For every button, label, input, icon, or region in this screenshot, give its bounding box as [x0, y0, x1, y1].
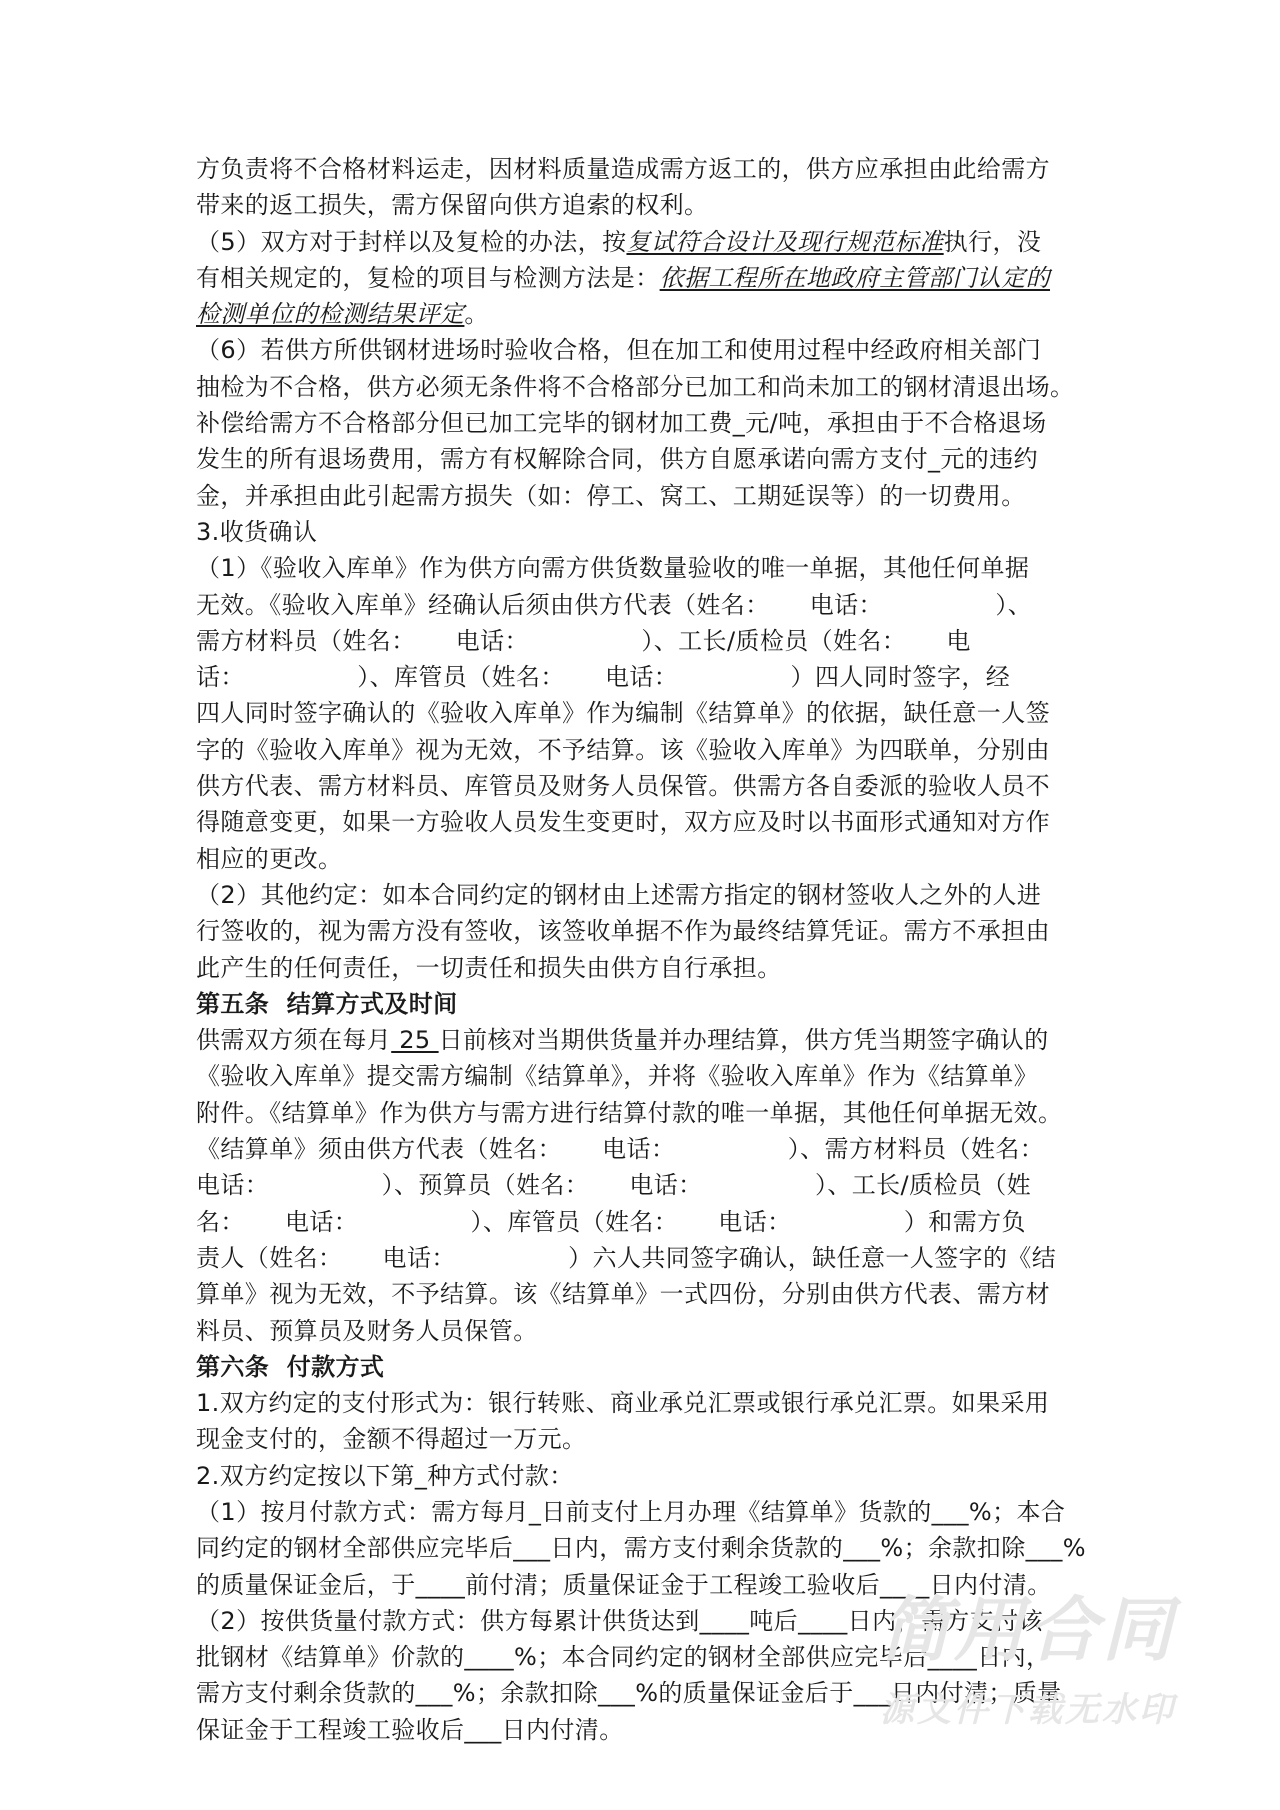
- text-segment: 第六条 付款方式: [196, 1353, 384, 1381]
- document-line: 相应的更改。: [196, 841, 1086, 877]
- text-segment: 金，并承担由此引起需方损失（如：停工、窝工、工期延误等）的一切费用。: [196, 482, 1026, 510]
- document-line: 供方代表、需方材料员、库管员及财务人员保管。供需方各自委派的验收人员不: [196, 768, 1086, 804]
- document-line: （2）按供货量付款方式：供方每累计供货达到____吨后____日内，需方支付该: [196, 1603, 1086, 1639]
- text-segment: 《验收入库单》提交需方编制《结算单》，并将《验收入库单》作为《结算单》: [196, 1062, 1038, 1090]
- text-segment: 。: [464, 300, 488, 328]
- document-line: 检测单位的检测结果评定。: [196, 296, 1086, 332]
- text-segment: 供方代表、需方材料员、库管员及财务人员保管。供需方各自委派的验收人员不: [196, 772, 1050, 800]
- text-segment: 算单》视为无效，不予结算。该《结算单》一式四份，分别由供方代表、需方材: [196, 1280, 1050, 1308]
- document-line: 保证金于工程竣工验收后___日内付清。: [196, 1712, 1086, 1748]
- text-segment: 补偿给需方不合格部分但已加工完毕的钢材加工费_元/吨，承担由于不合格退场: [196, 409, 1046, 437]
- document-line: 金，并承担由此引起需方损失（如：停工、窝工、工期延误等）的一切费用。: [196, 478, 1086, 514]
- document-line: 方负责将不合格材料运走，因材料质量造成需方返工的，供方应承担由此给需方: [196, 151, 1086, 187]
- text-segment: （1）按月付款方式：需方每月_日前支付上月办理《结算单》货款的___%；本合: [196, 1498, 1065, 1526]
- document-line: 《验收入库单》提交需方编制《结算单》，并将《验收入库单》作为《结算单》: [196, 1058, 1086, 1094]
- document-line: （1）《验收入库单》作为供方向需方供货数量验收的唯一单据，其他任何单据: [196, 550, 1086, 586]
- text-segment: 同约定的钢材全部供应完毕后___日内，需方支付剩余货款的___%；余款扣除___…: [196, 1534, 1086, 1562]
- text-segment: （6）若供方所供钢材进场时验收合格，但在加工和使用过程中经政府相关部门: [196, 336, 1041, 364]
- document-line: 此产生的任何责任，一切责任和损失由供方自行承担。: [196, 950, 1086, 986]
- text-segment: 附件。《结算单》作为供方与需方进行结算付款的唯一单据，其他任何单据无效。: [196, 1099, 1062, 1127]
- text-segment: 相应的更改。: [196, 845, 342, 873]
- text-segment: 得随意变更，如果一方验收人员发生变更时，双方应及时以书面形式通知对方作: [196, 808, 1050, 836]
- text-segment: （2）按供货量付款方式：供方每累计供货达到____吨后____日内，需方支付该: [196, 1607, 1043, 1635]
- document-line: 名： 电话： ）、库管员（姓名： 电话： ）和需方负: [196, 1204, 1086, 1240]
- document-line: 现金支付的，金额不得超过一万元。: [196, 1421, 1086, 1457]
- section-heading: 第五条 结算方式及时间: [196, 986, 1086, 1022]
- document-line: 行签收的，视为需方没有签收，该签收单据不作为最终结算凭证。需方不承担由: [196, 913, 1086, 949]
- document-line: 供需双方须在每月 25 日前核对当期供货量并办理结算，供方凭当期签字确认的: [196, 1022, 1086, 1058]
- document-line: 话： ）、库管员（姓名： 电话： ）四人同时签字，经: [196, 659, 1086, 695]
- section-heading: 第六条 付款方式: [196, 1349, 1086, 1385]
- text-segment: 2.双方约定按以下第_种方式付款：: [196, 1462, 574, 1490]
- underlined-italic-text: 依据工程所在地政府主管部门认定的: [660, 264, 1050, 292]
- text-segment: 字的《验收入库单》视为无效，不予结算。该《验收入库单》为四联单，分别由: [196, 736, 1050, 764]
- document-line: 无效。《验收入库单》经确认后须由供方代表（姓名： 电话： ）、: [196, 587, 1086, 623]
- document-line: 电话： ）、预算员（姓名： 电话： ）、工长/质检员（姓: [196, 1167, 1086, 1203]
- text-segment: 带来的返工损失，需方保留向供方追索的权利。: [196, 191, 708, 219]
- document-line: 的质量保证金后，于____前付清；质量保证金于工程竣工验收后____日内付清。: [196, 1567, 1086, 1603]
- document-line: 有相关规定的，复检的项目与检测方法是：依据工程所在地政府主管部门认定的: [196, 260, 1086, 296]
- text-segment: 供需双方须在每月: [196, 1026, 391, 1054]
- document-page: 方负责将不合格材料运走，因材料质量造成需方返工的，供方应承担由此给需方带来的返工…: [0, 0, 1280, 1810]
- document-line: 补偿给需方不合格部分但已加工完毕的钢材加工费_元/吨，承担由于不合格退场: [196, 405, 1086, 441]
- document-line: 3.收货确认: [196, 514, 1086, 550]
- document-line: 需方材料员（姓名： 电话： ）、工长/质检员（姓名： 电: [196, 623, 1086, 659]
- text-segment: 有相关规定的，复检的项目与检测方法是：: [196, 264, 660, 292]
- document-line: 需方支付剩余货款的___%；余款扣除___%的质量保证金后于___日内付清；质量: [196, 1675, 1086, 1711]
- text-segment: 话： ）、库管员（姓名： 电话： ）四人同时签字，经: [196, 663, 1010, 691]
- text-segment: 第五条 结算方式及时间: [196, 990, 458, 1018]
- text-segment: 行签收的，视为需方没有签收，该签收单据不作为最终结算凭证。需方不承担由: [196, 917, 1050, 945]
- text-segment: 无效。《验收入库单》经确认后须由供方代表（姓名： 电话： ）、: [196, 591, 1032, 619]
- text-segment: 电话： ）、预算员（姓名： 电话： ）、工长/质检员（姓: [196, 1171, 1031, 1199]
- document-line: 1.双方约定的支付形式为：银行转账、商业承兑汇票或银行承兑汇票。如果采用: [196, 1385, 1086, 1421]
- document-line: 四人同时签字确认的《验收入库单》作为编制《结算单》的依据，缺任意一人签: [196, 695, 1086, 731]
- document-body: 方负责将不合格材料运走，因材料质量造成需方返工的，供方应承担由此给需方带来的返工…: [196, 151, 1086, 1748]
- document-line: 附件。《结算单》作为供方与需方进行结算付款的唯一单据，其他任何单据无效。: [196, 1095, 1086, 1131]
- text-segment: 料员、预算员及财务人员保管。: [196, 1317, 538, 1345]
- text-segment: 方负责将不合格材料运走，因材料质量造成需方返工的，供方应承担由此给需方: [196, 155, 1050, 183]
- document-line: 《结算单》须由供方代表（姓名： 电话： ）、需方材料员（姓名：: [196, 1131, 1086, 1167]
- text-segment: 需方材料员（姓名： 电话： ）、工长/质检员（姓名： 电: [196, 627, 971, 655]
- text-segment: 1.双方约定的支付形式为：银行转账、商业承兑汇票或银行承兑汇票。如果采用: [196, 1389, 1049, 1417]
- document-line: 带来的返工损失，需方保留向供方追索的权利。: [196, 187, 1086, 223]
- document-line: 责人（姓名： 电话： ）六人共同签字确认，缺任意一人签字的《结: [196, 1240, 1086, 1276]
- document-line: 料员、预算员及财务人员保管。: [196, 1313, 1086, 1349]
- text-segment: （5）双方对于封样以及复检的办法，按: [196, 228, 626, 256]
- document-line: 抽检为不合格，供方必须无条件将不合格部分已加工和尚未加工的钢材清退出场。: [196, 369, 1086, 405]
- document-line: 批钢材《结算单》价款的____%；本合同约定的钢材全部供应完毕后____日内，: [196, 1639, 1086, 1675]
- underlined-italic-text: 复试符合设计及现行规范标准: [626, 228, 943, 256]
- text-segment: 责人（姓名： 电话： ）六人共同签字确认，缺任意一人签字的《结: [196, 1244, 1056, 1272]
- text-segment: 《结算单》须由供方代表（姓名： 电话： ）、需方材料员（姓名：: [196, 1135, 1044, 1163]
- text-segment: 保证金于工程竣工验收后___日内付清。: [196, 1716, 624, 1744]
- text-segment: （1）《验收入库单》作为供方向需方供货数量验收的唯一单据，其他任何单据: [196, 554, 1029, 582]
- text-segment: 抽检为不合格，供方必须无条件将不合格部分已加工和尚未加工的钢材清退出场。: [196, 373, 1074, 401]
- text-segment: 需方支付剩余货款的___%；余款扣除___%的质量保证金后于___日内付清；质量: [196, 1679, 1062, 1707]
- text-segment: 此产生的任何责任，一切责任和损失由供方自行承担。: [196, 954, 782, 982]
- text-segment: （2）其他约定：如本合同约定的钢材由上述需方指定的钢材签收人之外的人进: [196, 881, 1041, 909]
- text-segment: 发生的所有退场费用，需方有权解除合同，供方自愿承诺向需方支付_元的违约: [196, 445, 1038, 473]
- document-line: 同约定的钢材全部供应完毕后___日内，需方支付剩余货款的___%；余款扣除___…: [196, 1530, 1086, 1566]
- text-segment: 3.收货确认: [196, 518, 317, 546]
- document-line: 2.双方约定按以下第_种方式付款：: [196, 1458, 1086, 1494]
- text-segment: 日前核对当期供货量并办理结算，供方凭当期签字确认的: [439, 1026, 1049, 1054]
- document-line: （2）其他约定：如本合同约定的钢材由上述需方指定的钢材签收人之外的人进: [196, 877, 1086, 913]
- text-segment: 批钢材《结算单》价款的____%；本合同约定的钢材全部供应完毕后____日内，: [196, 1643, 1050, 1671]
- underlined-italic-text: 检测单位的检测结果评定: [196, 300, 464, 328]
- document-line: 字的《验收入库单》视为无效，不予结算。该《验收入库单》为四联单，分别由: [196, 732, 1086, 768]
- document-line: （1）按月付款方式：需方每月_日前支付上月办理《结算单》货款的___%；本合: [196, 1494, 1086, 1530]
- text-segment: 执行，没: [944, 228, 1042, 256]
- text-segment: 名： 电话： ）、库管员（姓名： 电话： ）和需方负: [196, 1208, 1026, 1236]
- text-segment: 四人同时签字确认的《验收入库单》作为编制《结算单》的依据，缺任意一人签: [196, 699, 1050, 727]
- text-segment: 的质量保证金后，于____前付清；质量保证金于工程竣工验收后____日内付清。: [196, 1571, 1052, 1599]
- document-line: （6）若供方所供钢材进场时验收合格，但在加工和使用过程中经政府相关部门: [196, 332, 1086, 368]
- text-segment: 现金支付的，金额不得超过一万元。: [196, 1425, 586, 1453]
- document-line: （5）双方对于封样以及复检的办法，按复试符合设计及现行规范标准执行，没: [196, 224, 1086, 260]
- document-line: 算单》视为无效，不予结算。该《结算单》一式四份，分别由供方代表、需方材: [196, 1276, 1086, 1312]
- document-line: 得随意变更，如果一方验收人员发生变更时，双方应及时以书面形式通知对方作: [196, 804, 1086, 840]
- document-line: 发生的所有退场费用，需方有权解除合同，供方自愿承诺向需方支付_元的违约: [196, 441, 1086, 477]
- filled-blank: 25: [391, 1026, 438, 1054]
